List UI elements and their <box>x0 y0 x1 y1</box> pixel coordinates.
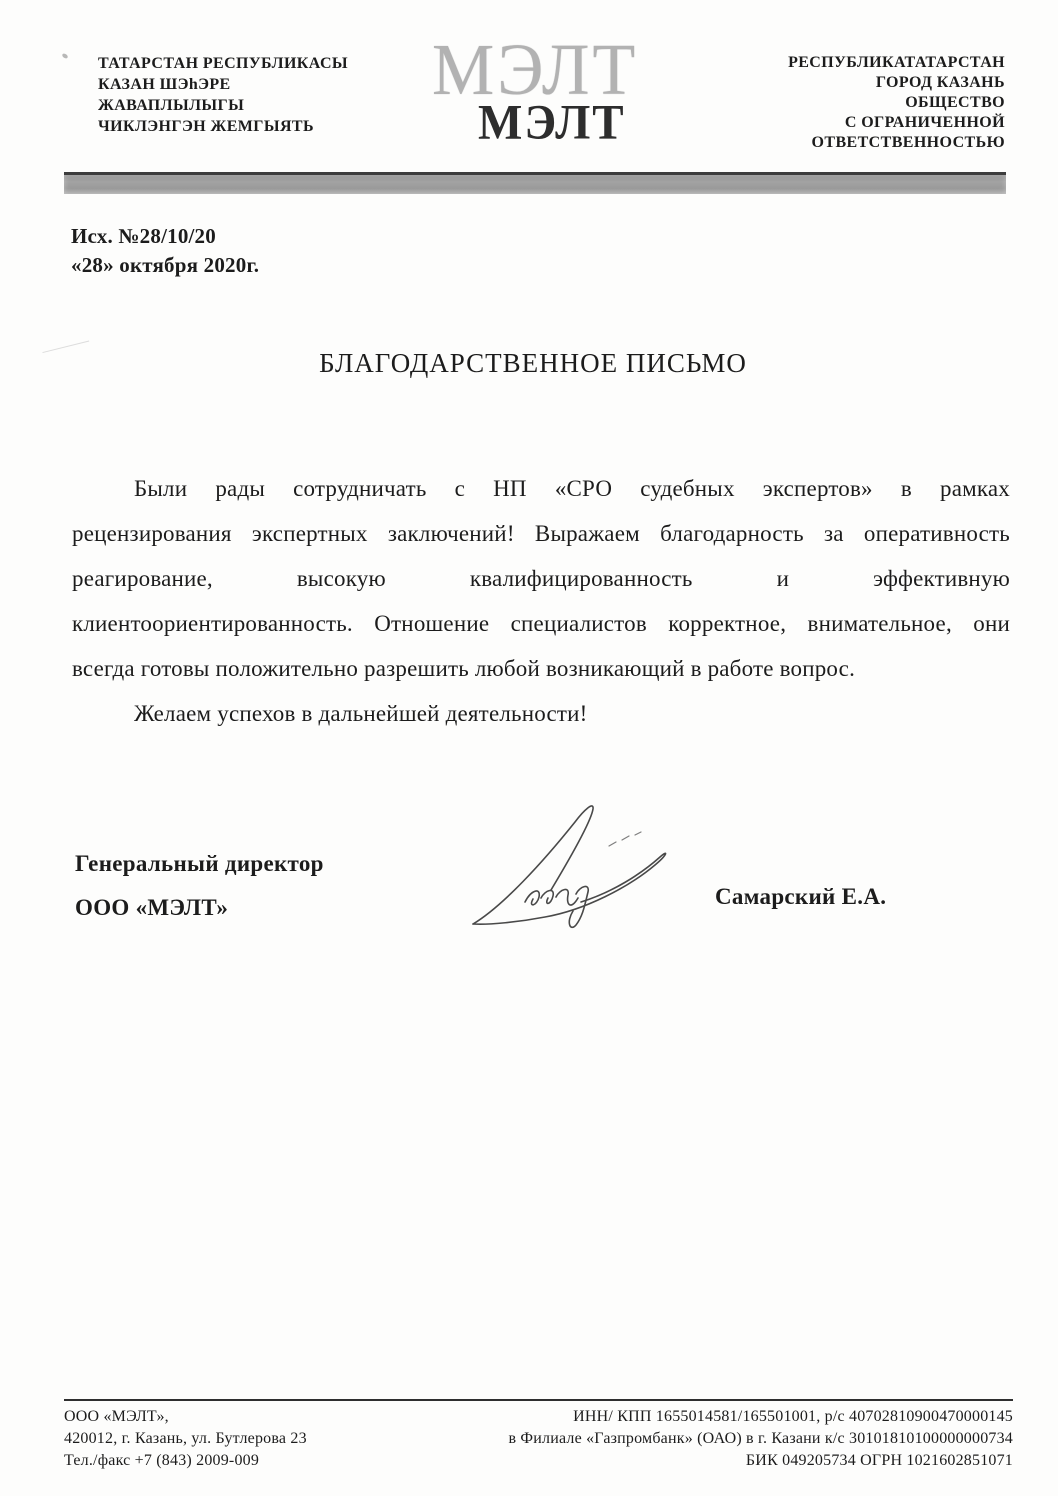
body-line: реагирование, высокую квалифицированност… <box>72 556 1010 601</box>
body-line: клиентоориентированность. Отношение спец… <box>72 601 1010 646</box>
letterhead-tatar-line: ЧИКЛЭНГЭН ЖЕМГЫЯТЬ <box>98 116 398 137</box>
footer-phone: Тел./факс +7 (843) 2009-009 <box>64 1450 307 1472</box>
footer-bik-ogrn: БИК 049205734 ОГРН 1021602851071 <box>508 1450 1013 1472</box>
footer: ООО «МЭЛТ», 420012, г. Казань, ул. Бутле… <box>64 1399 1013 1472</box>
body-closing-line: Желаем успехов в дальнейшей деятельности… <box>72 691 1010 736</box>
melt-logo: МЭЛТ МЭЛТ <box>428 0 648 180</box>
signature-block: Генеральный директор ООО «МЭЛТ» Самарски… <box>75 842 1002 982</box>
footer-contact-block: ООО «МЭЛТ», 420012, г. Казань, ул. Бутле… <box>64 1406 307 1472</box>
letterhead-divider-bar <box>64 172 1006 194</box>
footer-company: ООО «МЭЛТ», <box>64 1406 307 1428</box>
signer-position: Генеральный директор ООО «МЭЛТ» <box>75 842 324 930</box>
signer-company-line: ООО «МЭЛТ» <box>75 886 324 930</box>
letterhead-tatar-line: ЖАВАПЛЫЛЫГЫ <box>98 95 398 116</box>
letter-date: «28» октября 2020г. <box>71 251 259 280</box>
footer-inn-kpp: ИНН/ КПП 1655014581/165501001, р/с 40702… <box>508 1406 1013 1428</box>
footer-bank: в Филиале «Газпромбанк» (ОАО) в г. Казан… <box>508 1428 1013 1450</box>
letterhead-russian-line: С ОГРАНИЧЕННОЙ <box>685 113 1005 133</box>
body-line: всегда готовы положительно разрешить люб… <box>72 646 1010 691</box>
footer-address: 420012, г. Казань, ул. Бутлерова 23 <box>64 1428 307 1450</box>
melt-logo-main-text: МЭЛТ <box>478 99 626 148</box>
letterhead-russian-line: ОТВЕТСТВЕННОСТЬЮ <box>685 133 1005 153</box>
reference-block: Исх. №28/10/20 «28» октября 2020г. <box>71 222 259 280</box>
letter-body: Были рады сотрудничать с НП «СРО судебны… <box>72 466 1010 736</box>
letterhead: ТАТАРСТАН РЕСПУБЛИКАСЫ КАЗАН ШЭһЭРЕ ЖАВА… <box>0 0 1058 196</box>
letterhead-tatar-block: ТАТАРСТАН РЕСПУБЛИКАСЫ КАЗАН ШЭһЭРЕ ЖАВА… <box>98 53 398 137</box>
signer-name: Самарский Е.А. <box>715 884 886 910</box>
footer-requisites-block: ИНН/ КПП 1655014581/165501001, р/с 40702… <box>508 1406 1013 1472</box>
page-title: БЛАГОДАРСТВЕННОЕ ПИСЬМО <box>60 348 1006 379</box>
letterhead-russian-line: ГОРОД КАЗАНЬ <box>685 73 1005 93</box>
outgoing-number: Исх. №28/10/20 <box>71 222 259 251</box>
body-line: рецензирования экспертных заключений! Вы… <box>72 511 1010 556</box>
letterhead-tatar-line: ТАТАРСТАН РЕСПУБЛИКАСЫ <box>98 53 398 74</box>
letter-page: ТАТАРСТАН РЕСПУБЛИКАСЫ КАЗАН ШЭһЭРЕ ЖАВА… <box>0 0 1058 1496</box>
signature-graphic <box>463 794 678 934</box>
letterhead-russian-line: ОБЩЕСТВО <box>685 93 1005 113</box>
signer-position-line: Генеральный директор <box>75 842 324 886</box>
body-line: Были рады сотрудничать с НП «СРО судебны… <box>72 466 1010 511</box>
letterhead-russian-block: РЕСПУБЛИКАТАТАРСТАН ГОРОД КАЗАНЬ ОБЩЕСТВ… <box>685 53 1005 153</box>
letterhead-russian-line: РЕСПУБЛИКАТАТАРСТАН <box>685 53 1005 73</box>
letterhead-tatar-line: КАЗАН ШЭһЭРЕ <box>98 74 398 95</box>
